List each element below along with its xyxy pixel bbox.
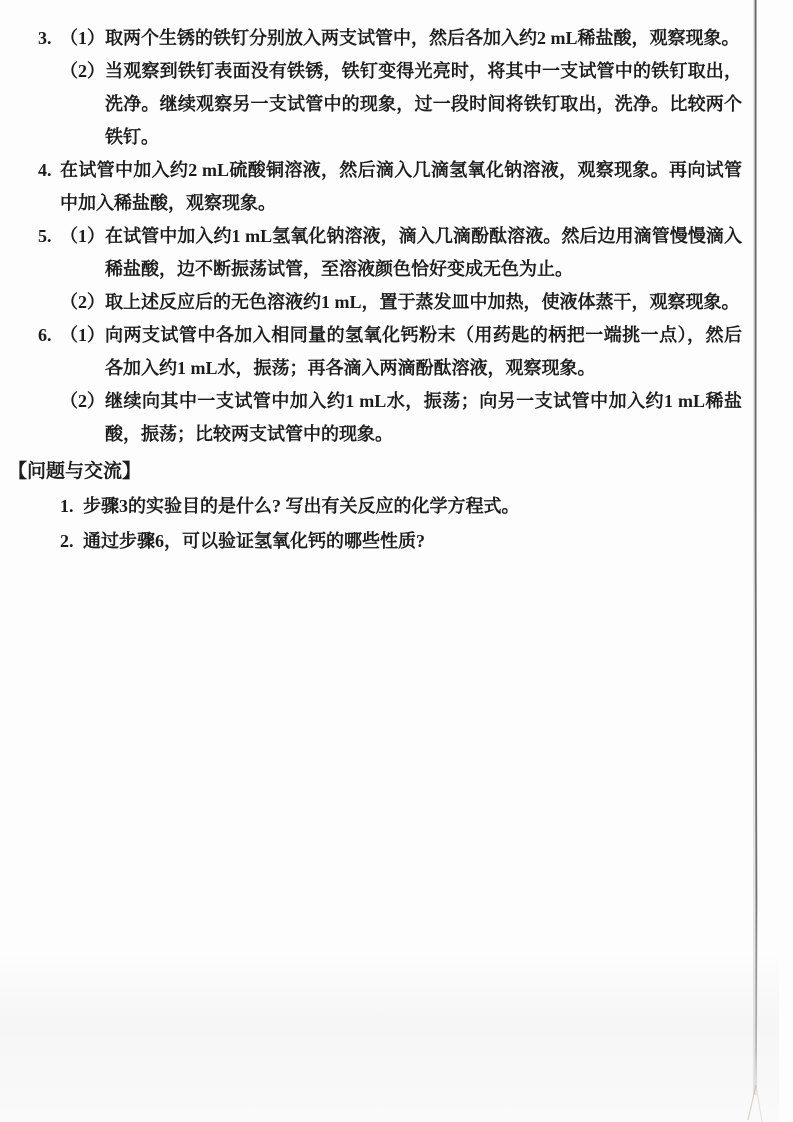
item-number: 3. — [38, 22, 60, 55]
part-text: 向两支试管中各加入相同量的氢氧化钙粉末（用药匙的柄把一端挑一点），然后各加入约1… — [105, 319, 742, 385]
list-item-part: （2） 继续向其中一支试管中加入约1 mL水，振荡；向另一支试管中加入约1 mL… — [38, 385, 742, 451]
section-heading: 【问题与交流】 — [8, 455, 742, 488]
part-label: （1） — [60, 220, 105, 253]
part-text: 当观察到铁钉表面没有铁锈，铁钉变得光亮时，将其中一支试管中的铁钉取出，洗净。继续… — [105, 55, 742, 154]
list-item: 3. （1） 取两个生锈的铁钉分别放入两支试管中，然后各加入约2 mL稀盐酸，观… — [38, 22, 742, 154]
question-text: 步骤3的实验目的是什么? 写出有关反应的化学方程式。 — [83, 489, 742, 524]
item-number: 4. — [38, 154, 60, 187]
list-item-part: 5. （1） 在试管中加入约1 mL氢氧化钠溶液，滴入几滴酚酞溶液。然后边用滴管… — [38, 220, 742, 286]
question-number: 1. — [60, 489, 83, 524]
scan-shading-band — [0, 958, 779, 1122]
part-text: 在试管中加入约2 mL硫酸铜溶液，然后滴入几滴氢氧化钠溶液，观察现象。再向试管中… — [60, 154, 742, 220]
list-item: 6. （1） 向两支试管中各加入相同量的氢氧化钙粉末（用药匙的柄把一端挑一点），… — [38, 319, 742, 451]
part-label: （1） — [60, 319, 105, 352]
list-item-part: 3. （1） 取两个生锈的铁钉分别放入两支试管中，然后各加入约2 mL稀盐酸，观… — [38, 22, 742, 55]
part-label: （2） — [60, 385, 105, 418]
list-item: 4. 在试管中加入约2 mL硫酸铜溶液，然后滴入几滴氢氧化钠溶液，观察现象。再向… — [38, 154, 742, 220]
question-number: 2. — [60, 524, 83, 559]
list-item-part: （2） 取上述反应后的无色溶液约1 mL，置于蒸发皿中加热，使液体蒸干，观察现象… — [38, 286, 742, 319]
part-text: 继续向其中一支试管中加入约1 mL水，振荡；向另一支试管中加入约1 mL稀盐酸，… — [105, 385, 742, 451]
part-text: 在试管中加入约1 mL氢氧化钠溶液，滴入几滴酚酞溶液。然后边用滴管慢慢滴入稀盐酸… — [105, 220, 742, 286]
list-item-part: 6. （1） 向两支试管中各加入相同量的氢氧化钙粉末（用药匙的柄把一端挑一点），… — [38, 319, 742, 385]
question-item: 2. 通过步骤6，可以验证氢氧化钙的哪些性质? — [38, 524, 742, 559]
part-label: （1） — [60, 22, 105, 55]
list-item-part: （2） 当观察到铁钉表面没有铁锈，铁钉变得光亮时，将其中一支试管中的铁钉取出，洗… — [38, 55, 742, 154]
question-text: 通过步骤6，可以验证氢氧化钙的哪些性质? — [83, 524, 742, 559]
list-item: 5. （1） 在试管中加入约1 mL氢氧化钠溶液，滴入几滴酚酞溶液。然后边用滴管… — [38, 220, 742, 319]
part-text: 取上述反应后的无色溶液约1 mL，置于蒸发皿中加热，使液体蒸干，观察现象。 — [105, 286, 742, 319]
part-label: （2） — [60, 55, 105, 88]
list-item-part: 4. 在试管中加入约2 mL硫酸铜溶液，然后滴入几滴氢氧化钠溶液，观察现象。再向… — [38, 154, 742, 220]
item-number: 5. — [38, 220, 60, 253]
part-text: 取两个生锈的铁钉分别放入两支试管中，然后各加入约2 mL稀盐酸，观察现象。 — [105, 22, 742, 55]
questions-list: 1. 步骤3的实验目的是什么? 写出有关反应的化学方程式。 2. 通过步骤6，可… — [38, 489, 742, 559]
part-label: （2） — [60, 286, 105, 319]
worksheet-body: 3. （1） 取两个生锈的铁钉分别放入两支试管中，然后各加入约2 mL稀盐酸，观… — [38, 22, 742, 559]
question-item: 1. 步骤3的实验目的是什么? 写出有关反应的化学方程式。 — [38, 489, 742, 524]
scanned-worksheet-page: 3. （1） 取两个生锈的铁钉分别放入两支试管中，然后各加入约2 mL稀盐酸，观… — [0, 0, 793, 1122]
item-number: 6. — [38, 319, 60, 352]
